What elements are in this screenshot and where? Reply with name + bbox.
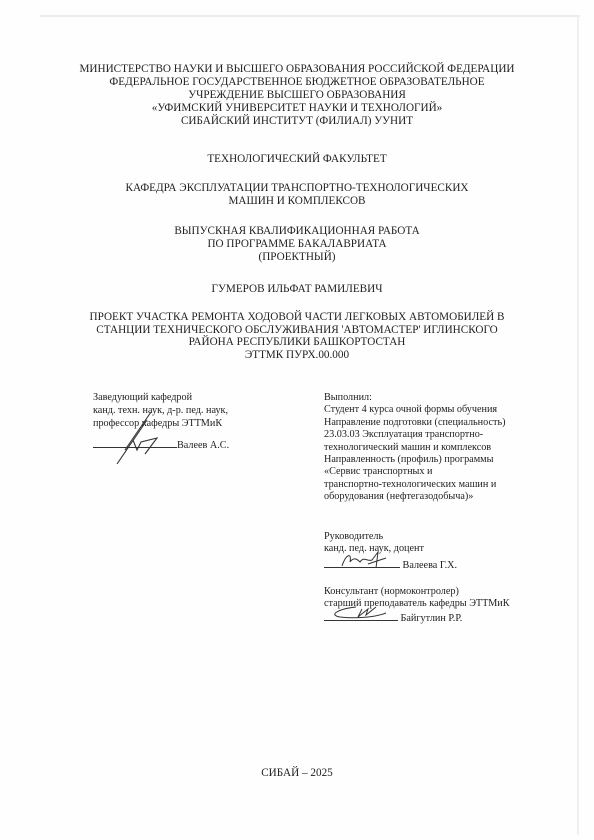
city-year: СИБАЙ – 2025 — [0, 767, 594, 779]
document-code: ЭТТМК ПУРХ.00.000 — [0, 349, 594, 362]
department-line: КАФЕДРА ЭКСПЛУАТАЦИИ ТРАНСПОРТНО-ТЕХНОЛО… — [0, 182, 594, 195]
department: КАФЕДРА ЭКСПЛУАТАЦИИ ТРАНСПОРТНО-ТЕХНОЛО… — [0, 182, 594, 208]
work-type-line: ВЫПУСКНАЯ КВАЛИФИКАЦИОННАЯ РАБОТА — [0, 225, 594, 238]
supervisor-block: Руководитель канд. пед. наук, доцент Вал… — [324, 531, 457, 572]
performed-line: Выполнил: — [324, 392, 506, 404]
head-signature-row: Валеев А.С. — [93, 438, 229, 453]
performed-line: оборудования (нефтегазодобыча)» — [324, 491, 506, 503]
author-name: ГУМЕРОВ ИЛЬФАТ РАМИЛЕВИЧ — [0, 283, 594, 296]
header-line: СИБАЙСКИЙ ИНСТИТУТ (ФИЛИАЛ) УУНИТ — [0, 115, 594, 128]
header-line: МИНИСТЕРСТВО НАУКИ И ВЫСШЕГО ОБРАЗОВАНИЯ… — [0, 63, 594, 76]
department-line: МАШИН И КОМПЛЕКСОВ — [0, 195, 594, 208]
scan-edge — [40, 15, 580, 17]
performed-line: Направленность (профиль) программы — [324, 454, 506, 466]
thesis-title: ПРОЕКТ УЧАСТКА РЕМОНТА ХОДОВОЙ ЧАСТИ ЛЕГ… — [0, 311, 594, 362]
supervisor-name: Валеева Г.Х. — [403, 560, 457, 571]
faculty: ТЕХНОЛОГИЧЕСКИЙ ФАКУЛЬТЕТ — [0, 153, 594, 166]
consultant-signature-row: Байгутлин Р.Р. — [324, 611, 510, 625]
performed-line: Направление подготовки (специальность) — [324, 417, 506, 429]
work-type-line: (ПРОЕКТНЫЙ) — [0, 251, 594, 264]
faculty-name: ТЕХНОЛОГИЧЕСКИЙ ФАКУЛЬТЕТ — [0, 153, 594, 166]
title-line: СТАНЦИИ ТЕХНИЧЕСКОГО ОБСЛУЖИВАНИЯ 'АВТОМ… — [0, 324, 594, 337]
performed-line: Студент 4 курса очной формы обучения — [324, 404, 506, 416]
consultant-block: Консультант (нормоконтролер) старший пре… — [324, 586, 510, 625]
title-line: ПРОЕКТ УЧАСТКА РЕМОНТА ХОДОВОЙ ЧАСТИ ЛЕГ… — [0, 311, 594, 324]
performed-line: «Сервис транспортных и — [324, 466, 506, 478]
consultant-role: Консультант (нормоконтролер) — [324, 586, 510, 598]
signature-icon — [107, 410, 167, 468]
head-name: Валеев А.С. — [177, 440, 229, 451]
head-of-department-block: Заведующий кафедрой канд. техн. наук, д-… — [93, 392, 229, 453]
work-type-line: ПО ПРОГРАММЕ БАКАЛАВРИАТА — [0, 238, 594, 251]
institution-header: МИНИСТЕРСТВО НАУКИ И ВЫСШЕГО ОБРАЗОВАНИЯ… — [0, 63, 594, 128]
header-line: «УФИМСКИЙ УНИВЕРСИТЕТ НАУКИ И ТЕХНОЛОГИЙ… — [0, 102, 594, 115]
header-line: УЧРЕЖДЕНИЕ ВЫСШЕГО ОБРАЗОВАНИЯ — [0, 89, 594, 102]
title-page: МИНИСТЕРСТВО НАУКИ И ВЫСШЕГО ОБРАЗОВАНИЯ… — [0, 0, 594, 840]
supervisor-role: Руководитель — [324, 531, 457, 543]
work-type: ВЫПУСКНАЯ КВАЛИФИКАЦИОННАЯ РАБОТА ПО ПРО… — [0, 225, 594, 264]
signature-icon — [326, 603, 396, 623]
supervisor-signature-row: Валеева Г.Х. — [324, 558, 457, 572]
header-line: ФЕДЕРАЛЬНОЕ ГОСУДАРСТВЕННОЕ БЮДЖЕТНОЕ ОБ… — [0, 76, 594, 89]
performed-by-block: Выполнил: Студент 4 курса очной формы об… — [324, 392, 506, 504]
signature-icon — [338, 550, 394, 572]
author: ГУМЕРОВ ИЛЬФАТ РАМИЛЕВИЧ — [0, 283, 594, 296]
performed-line: 23.03.03 Эксплуатация транспортно- — [324, 429, 506, 441]
consultant-name: Байгутлин Р.Р. — [401, 613, 463, 624]
performed-line: транспортно-технологических машин и — [324, 479, 506, 491]
scan-edge — [577, 15, 579, 835]
head-role: Заведующий кафедрой — [93, 392, 229, 405]
performed-line: технологический машин и комплексов — [324, 442, 506, 454]
title-line: РАЙОНА РЕСПУБЛИКИ БАШКОРТОСТАН — [0, 336, 594, 349]
